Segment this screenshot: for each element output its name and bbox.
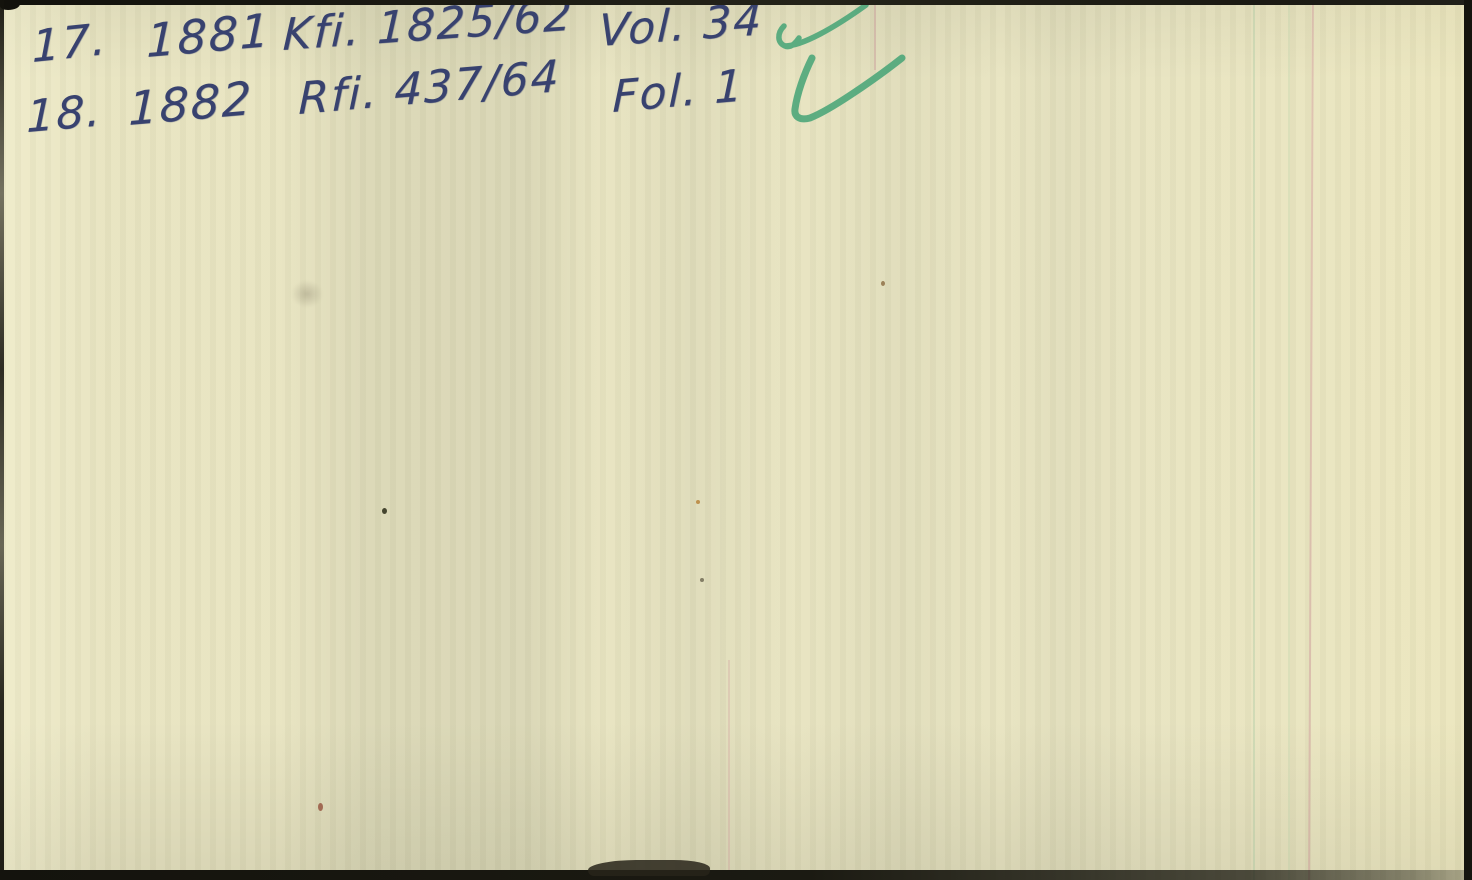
ruled-line-pink-short bbox=[728, 660, 730, 880]
paper-smudge bbox=[286, 276, 328, 312]
card-edge-right bbox=[1464, 0, 1472, 880]
entry-volume: Fol. 1 bbox=[612, 60, 745, 123]
card-edge-left bbox=[0, 0, 4, 880]
entry-reference: Kfi. 1825/62 bbox=[282, 0, 574, 61]
checkmark-icon bbox=[770, 0, 874, 56]
entry-year: 1881 bbox=[146, 3, 272, 68]
paper-speck bbox=[881, 281, 885, 286]
paper-speck bbox=[318, 803, 323, 811]
ruled-line-green bbox=[1288, 0, 1290, 880]
entry-number: 17. bbox=[32, 14, 108, 73]
bottom-edge-tear bbox=[588, 860, 710, 876]
entry-year: 1882 bbox=[128, 71, 254, 136]
entry-number: 18. bbox=[26, 85, 103, 143]
checkmark-icon bbox=[782, 52, 908, 128]
card-edge-top bbox=[0, 0, 1472, 5]
card-edge-bottom bbox=[0, 870, 1472, 880]
paper-speck bbox=[696, 500, 700, 504]
ruled-line-pink bbox=[1308, 0, 1314, 880]
entry-reference: Rfi. 437/64 bbox=[298, 51, 561, 125]
ruled-line-green bbox=[1253, 0, 1255, 880]
entry-volume: Vol. 34 bbox=[598, 0, 764, 57]
paper-speck bbox=[700, 578, 704, 582]
ruled-line-pink-short bbox=[874, 0, 876, 70]
paper-card: 17. 1881 Kfi. 1825/62 Vol. 34 18. 1882 R… bbox=[0, 0, 1472, 880]
paper-speck bbox=[382, 508, 387, 514]
